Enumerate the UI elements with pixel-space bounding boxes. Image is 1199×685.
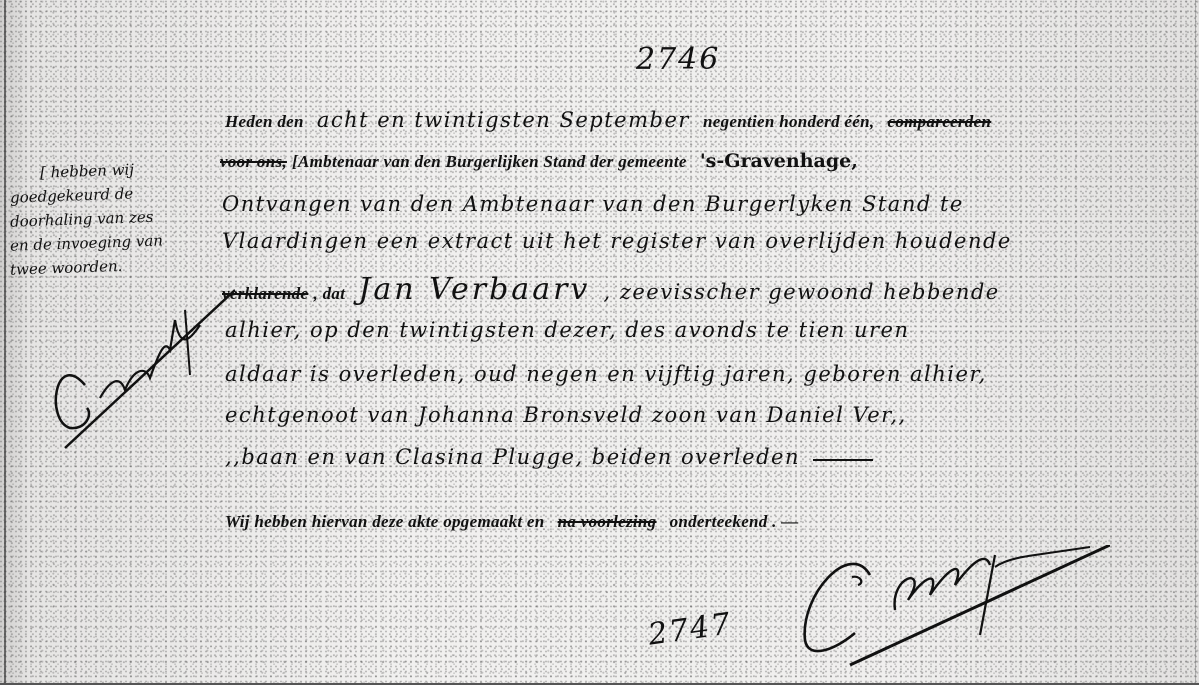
document-line-2: voor ons, [Ambtenaar van den Burgerlijke…	[220, 150, 866, 172]
document-line-9: ,,baan en van Clasina Plugge, beiden ove…	[225, 445, 881, 469]
document-line-3: Ontvangen van den Ambtenaar van den Burg…	[222, 192, 972, 216]
closing-dash	[813, 459, 873, 461]
record-number-top: 2746	[636, 42, 720, 77]
page-left-edge	[4, 0, 6, 685]
handwritten-text: echtgenoot van Johanna Bronsveld zoon va…	[225, 403, 907, 427]
handwritten-text: alhier, op den twintigsten dezer, des av…	[225, 318, 909, 342]
handwritten-date: acht en twintigsten September	[317, 108, 690, 132]
struck-text: verklarende	[222, 284, 308, 303]
document-line-1: Heden den acht en twintigsten September …	[225, 108, 999, 132]
handwritten-text: Ontvangen van den Ambtenaar van den Burg…	[222, 192, 964, 216]
page-right-edge	[1195, 0, 1196, 685]
municipality-name: 's-Gravenhage,	[700, 150, 858, 172]
official-signature	[790, 545, 1110, 675]
printed-text: , dat	[314, 284, 346, 303]
document-line-8: echtgenoot van Johanna Bronsveld zoon va…	[225, 403, 915, 427]
printed-text: negentien honderd één,	[703, 112, 874, 131]
margin-note: [ hebben wij goedgekeurd de doorhaling v…	[10, 158, 225, 278]
handwritten-text: ,,baan en van Clasina Plugge, beiden ove…	[225, 445, 800, 469]
struck-text: voor ons,	[220, 152, 287, 171]
document-line-7: aldaar is overleden, oud negen en vijfti…	[225, 362, 995, 386]
document-line-4: Vlaardingen een extract uit het register…	[222, 229, 1020, 253]
handwritten-text: , zeevisscher gewoond hebbende	[603, 280, 999, 304]
printed-text: Wij hebben hiervan deze akte opgemaakt e…	[225, 512, 545, 531]
margin-signature	[25, 280, 235, 450]
printed-text: onderteekend . —	[670, 512, 799, 531]
closing-line: Wij hebben hiervan deze akte opgemaakt e…	[225, 512, 807, 532]
struck-text: compareerden	[888, 112, 992, 131]
document-line-6: alhier, op den twintigsten dezer, des av…	[225, 318, 917, 342]
handwritten-text: aldaar is overleden, oud negen en vijfti…	[225, 362, 987, 386]
struck-text: na voorlezing	[558, 512, 657, 531]
printed-text: Heden den	[225, 112, 304, 131]
printed-text: [Ambtenaar van den Burgerlijken Stand de…	[292, 152, 687, 171]
handwritten-text: Vlaardingen een extract uit het register…	[222, 229, 1012, 253]
record-number-bottom: 2747	[646, 606, 734, 652]
deceased-name: Jan Verbaarv	[358, 272, 590, 307]
document-line-5: verklarende , dat Jan Verbaarv , zeeviss…	[222, 272, 1008, 307]
